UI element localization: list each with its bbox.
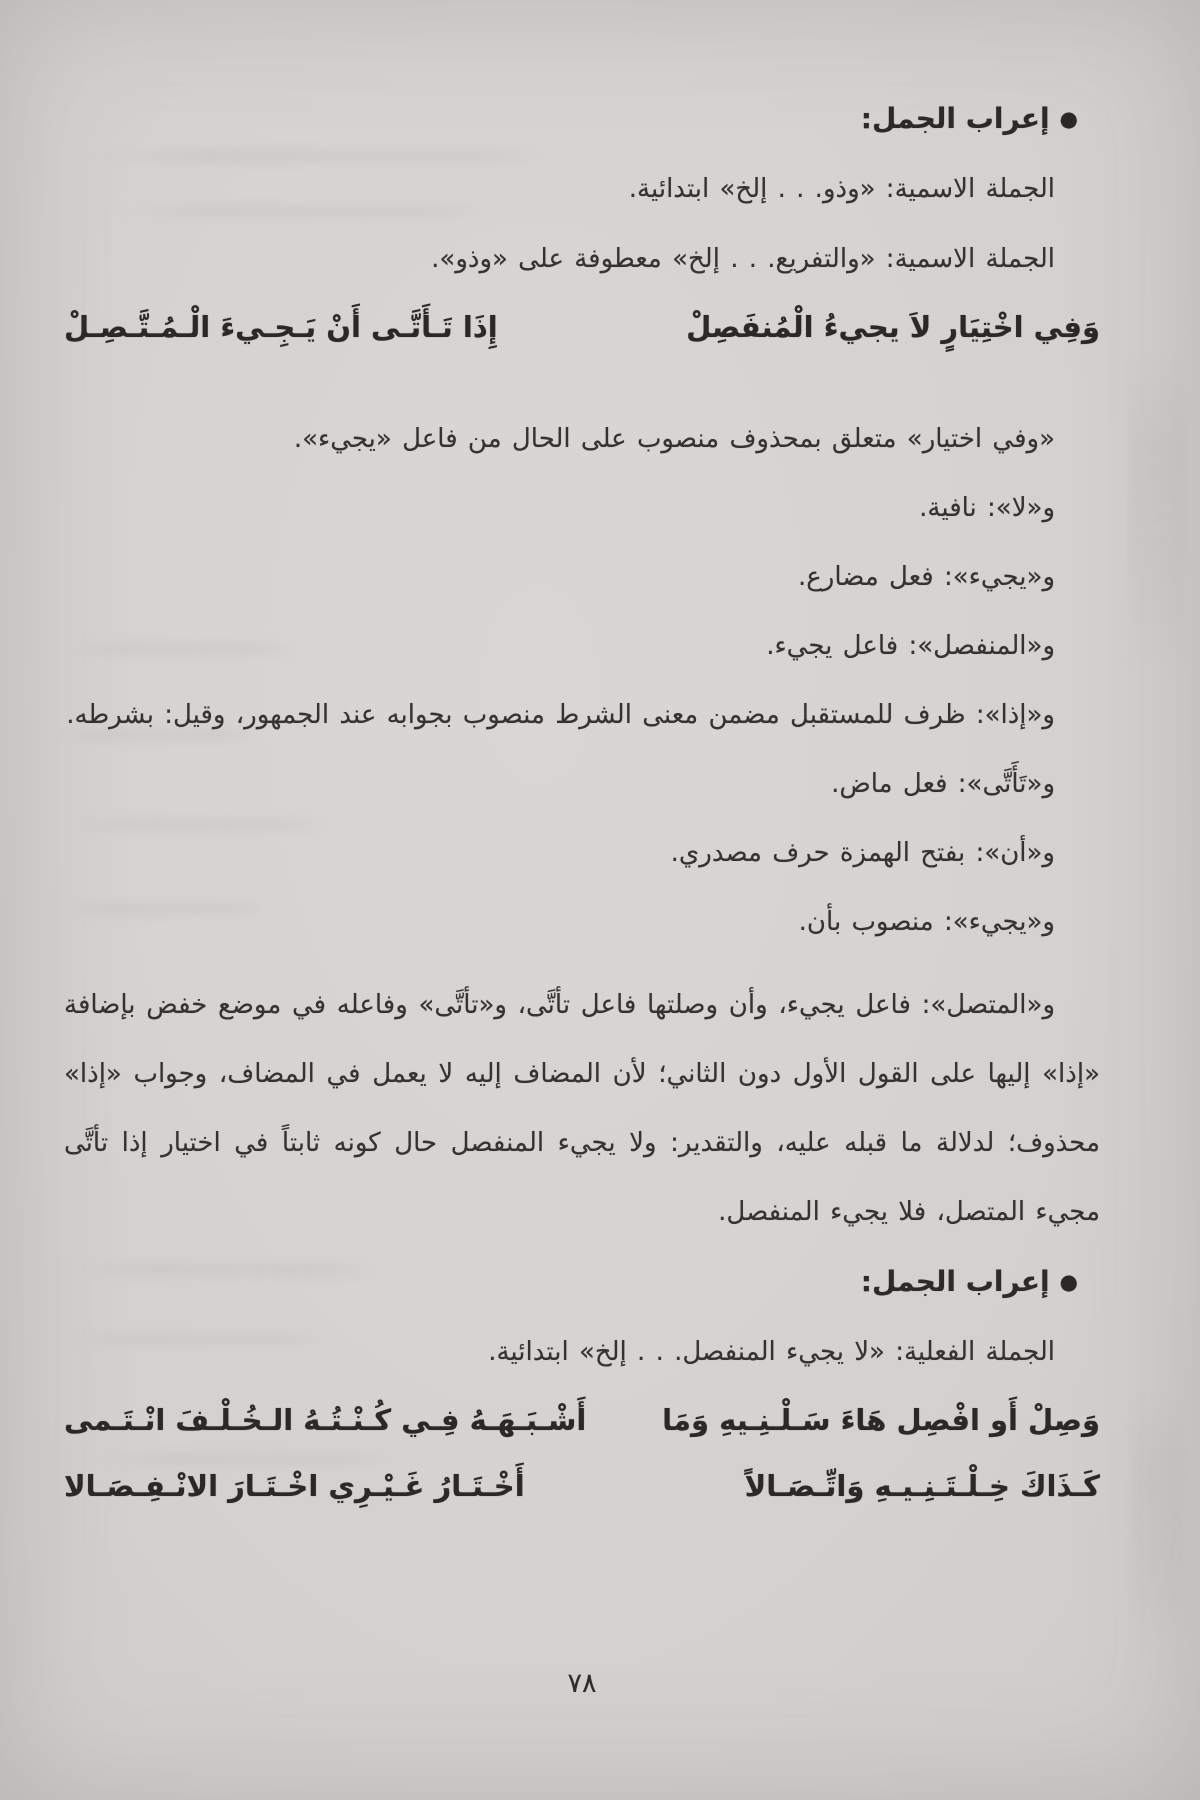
bullet-icon: ● xyxy=(1060,1247,1078,1317)
verse-hemistich-left: أَخْـتَـارُ غَـيْـرِي اخْـتَـارَ الانْـف… xyxy=(64,1453,525,1519)
section-heading: ●إعراب الجمل: xyxy=(64,1247,1100,1317)
commentary-line: و«يجيء»: منصوب بأن. xyxy=(64,888,1100,957)
commentary-line: و«أن»: بفتح الهمزة حرف مصدري. xyxy=(64,819,1100,888)
verse-hemistich-right: وَصِلْ أَو افْصِل هَاءَ سَـلْـنِـيهِ وَم… xyxy=(662,1387,1100,1453)
commentary-line: و«تَأَتَّى»: فعل ماض. xyxy=(64,750,1100,819)
commentary-paragraph: و«إذا»: ظرف للمستقبل مضمن معنى الشرط منص… xyxy=(64,681,1100,750)
commentary-paragraph: و«المتصل»: فاعل يجيء، وأن وصلتها فاعل تأ… xyxy=(64,971,1100,1247)
section-heading-label: إعراب الجمل: xyxy=(861,1265,1050,1298)
scanned-book-page: ●إعراب الجمل: الجملة الاسمية: «وذو. . . … xyxy=(0,0,1200,1800)
commentary-line: و«لا»: نافية. xyxy=(64,474,1100,543)
text-block: ●إعراب الجمل: الجملة الاسمية: «وذو. . . … xyxy=(64,84,1100,1519)
verse-line: كَـذَاكَ خِـلْـتَـنِـيـهِ وَاتِّـصَـالاً… xyxy=(64,1453,1100,1519)
verse-hemistich-right: وَفِي اخْتِيَارٍ لاَ يجيءُ الْمُنفَصِلْ xyxy=(686,284,1100,370)
bleed-through-ghost xyxy=(1132,1390,1184,1650)
verse-hemistich-left: إِذَا تَـأَتَّـى أَنْ يَـجِـيءَ الْـمُـت… xyxy=(64,284,498,370)
intro-line: الجملة الفعلية: «لا يجيء المنفصل. . . إل… xyxy=(64,1317,1100,1387)
bleed-through-ghost xyxy=(1128,350,1186,680)
page-number: ٧٨ xyxy=(0,1668,1164,1699)
verse-line: وَفِي اخْتِيَارٍ لاَ يجيءُ الْمُنفَصِلْ … xyxy=(64,284,1100,370)
section-heading-label: إعراب الجمل: xyxy=(861,102,1050,135)
commentary-line: «وفي اختيار» متعلق بمحذوف منصوب على الحا… xyxy=(64,405,1100,474)
verse-hemistich-left: أَشْـبَـهَـهُ فِـي كُـنْـتُـهُ الـخُـلْـ… xyxy=(64,1387,586,1453)
bullet-icon: ● xyxy=(1060,84,1078,154)
verse-hemistich-right: كَـذَاكَ خِـلْـتَـنِـيـهِ وَاتِّـصَـالاً xyxy=(745,1453,1100,1519)
intro-line: الجملة الاسمية: «وذو. . . إلخ» ابتدائية. xyxy=(64,154,1100,224)
commentary-line: و«المنفصل»: فاعل يجيء. xyxy=(64,612,1100,681)
section-heading: ●إعراب الجمل: xyxy=(64,84,1100,154)
commentary-line: و«يجيء»: فعل مضارع. xyxy=(64,543,1100,612)
verse-line: وَصِلْ أَو افْصِل هَاءَ سَـلْـنِـيهِ وَم… xyxy=(64,1387,1100,1453)
